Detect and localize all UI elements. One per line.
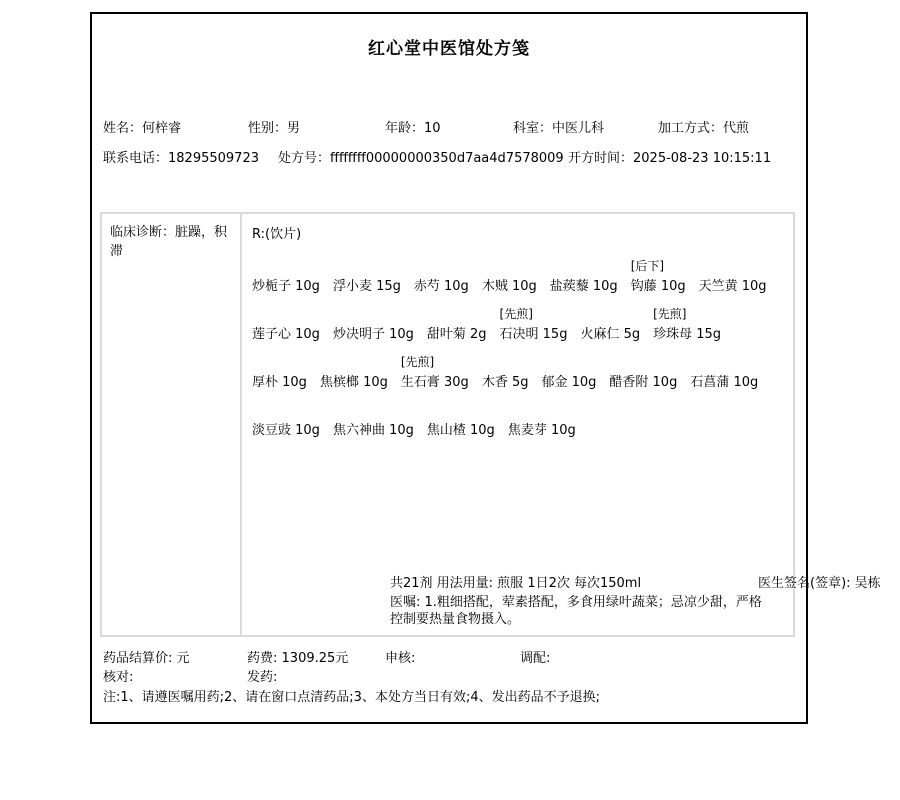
field-processing-method: 加工方式：代煎 — [658, 121, 749, 137]
field-label: 性别： — [248, 121, 287, 136]
medicine-item: [先煎]石决明 15g — [500, 326, 568, 343]
field-dispense-prepare: 调配: — [520, 651, 550, 667]
medicine-row: 炒栀子 10g浮小麦 15g赤芍 10g木贼 10g盐蒺藜 10g[后下]钩藤 … — [252, 247, 793, 295]
field-value: 2025-08-23 10:15:11 — [633, 151, 771, 166]
field-value: 何梓睿 — [142, 121, 181, 136]
clinical-diagnosis: 临床诊断：脏躁，积滞 — [102, 214, 242, 635]
medicine-item: 淡豆豉 10g — [252, 422, 320, 439]
doctor-signature: 医生签名(签章): 吴栋 — [758, 575, 881, 592]
field-label: 发药: — [247, 670, 277, 685]
field-label: 医生签名(签章): — [758, 576, 855, 591]
medicine-item: 炒栀子 10g — [252, 278, 320, 295]
field-medicine-fee: 药费: 1309.25元 — [247, 651, 348, 667]
medicine-row: 莲子心 10g炒决明子 10g甜叶菊 2g[先煎]石决明 15g火麻仁 5g[先… — [252, 295, 793, 343]
medicine-item: [先煎]珍珠母 15g — [653, 326, 721, 343]
field-value: 18295509723 — [168, 151, 259, 166]
medicine-item: 醋香附 10g — [609, 374, 677, 391]
medicine-item: 浮小麦 15g — [333, 278, 401, 295]
medicine-row: 淡豆豉 10g焦六神曲 10g焦山楂 10g焦麦芽 10g — [252, 391, 793, 439]
field-value: 中医儿科 — [552, 121, 604, 136]
medicine-item: 焦麦芽 10g — [508, 422, 576, 439]
page-title: 红心堂中医馆处方笺 — [92, 34, 806, 59]
rx-header: R:(饮片) — [252, 226, 793, 243]
field-label: 加工方式： — [658, 121, 723, 136]
medicine-item: 厚朴 10g — [252, 374, 307, 391]
footer-note: 注:1、请遵医嘱用药;2、请在窗口点清药品;3、本处方当日有效;4、发出药品不予… — [103, 690, 600, 706]
prescription-content: R:(饮片) 炒栀子 10g浮小麦 15g赤芍 10g木贼 10g盐蒺藜 10g… — [242, 214, 793, 635]
field-label: 姓名： — [103, 121, 142, 136]
medicine-item: 甜叶菊 2g — [427, 326, 487, 343]
field-value: ffffffff00000000350d7aa4d7578009 — [330, 151, 564, 166]
field-label: 调配: — [520, 651, 550, 666]
diagnosis-label: 临床诊断： — [110, 225, 175, 240]
field-label: 核对: — [103, 670, 133, 685]
field-phone: 联系电话：18295509723 — [103, 151, 259, 167]
field-dispense: 发药: — [247, 670, 277, 686]
field-label: 联系电话： — [103, 151, 168, 166]
field-issue-time: 开方时间：2025-08-23 10:15:11 — [568, 151, 771, 167]
medicine-item: 焦山楂 10g — [427, 422, 495, 439]
medicine-item: 炒决明子 10g — [333, 326, 414, 343]
field-value: 男 — [287, 121, 300, 136]
medicine-item: 盐蒺藜 10g — [550, 278, 618, 295]
field-label: 处方号： — [278, 151, 330, 166]
medicine-item: 焦槟榔 10g — [320, 374, 388, 391]
medicine-item: 木贼 10g — [482, 278, 537, 295]
medicine-item: 天竺黄 10g — [699, 278, 767, 295]
field-settlement-price: 药品结算价: 元 — [103, 651, 190, 667]
field-label: 药品结算价: — [103, 651, 172, 666]
field-label: 年龄： — [385, 121, 424, 136]
decoction-tag: [先煎] — [401, 356, 434, 369]
medicine-item: 火麻仁 5g — [580, 326, 640, 343]
field-department: 科室：中医儿科 — [513, 121, 604, 137]
field-label: 药费: — [247, 651, 277, 666]
medicine-item: 石菖蒲 10g — [690, 374, 758, 391]
medicine-item: [先煎]生石膏 30g — [401, 374, 469, 391]
remark-line: 控制要热量食物摄入。 — [390, 611, 768, 628]
medicine-item: 焦六神曲 10g — [333, 422, 414, 439]
field-value: 元 — [172, 651, 189, 666]
decoction-tag: [后下] — [631, 260, 664, 273]
decoction-tag: [先煎] — [500, 308, 533, 321]
field-check: 核对: — [103, 670, 133, 686]
medicine-item: [后下]钩藤 10g — [631, 278, 686, 295]
decoction-tag: [先煎] — [653, 308, 686, 321]
doctor-remark: 医嘱: 1.粗细搭配，荤素搭配，多食用绿叶蔬菜；忌凉少甜，严格 控制要热量食物摄… — [390, 594, 768, 628]
field-age: 年龄：10 — [385, 121, 441, 137]
prescription-sheet: 红心堂中医馆处方笺 姓名：何梓睿 性别：男 年龄：10 科室：中医儿科 加工方式… — [90, 12, 808, 724]
field-label: 申核: — [385, 651, 415, 666]
dosage-line: 共21剂 用法用量: 煎服 1日2次 每次150ml — [390, 576, 641, 591]
field-review: 申核: — [385, 651, 415, 667]
field-label: 开方时间： — [568, 151, 633, 166]
medicine-item: 莲子心 10g — [252, 326, 320, 343]
page: { "title": "红心堂中医馆处方笺", "patient": { "fi… — [0, 0, 900, 800]
medicine-row: 厚朴 10g焦槟榔 10g[先煎]生石膏 30g木香 5g郁金 10g醋香附 1… — [252, 343, 793, 391]
medicine-item: 郁金 10g — [541, 374, 596, 391]
doctor-name: 吴栋 — [855, 576, 881, 591]
field-value: 10 — [424, 121, 441, 136]
field-value: 1309.25元 — [277, 651, 348, 666]
remark-line: 医嘱: 1.粗细搭配，荤素搭配，多食用绿叶蔬菜；忌凉少甜，严格 — [390, 594, 768, 611]
prescription-footer: 共21剂 用法用量: 煎服 1日2次 每次150ml 医生签名(签章): 吴栋 … — [390, 575, 900, 628]
prescription-box: 临床诊断：脏躁，积滞 R:(饮片) 炒栀子 10g浮小麦 15g赤芍 10g木贼… — [100, 212, 795, 637]
field-patient-name: 姓名：何梓睿 — [103, 121, 181, 137]
medicine-item: 赤芍 10g — [414, 278, 469, 295]
field-label: 科室： — [513, 121, 552, 136]
field-gender: 性别：男 — [248, 121, 300, 137]
field-prescription-number: 处方号：ffffffff00000000350d7aa4d7578009 — [278, 151, 564, 167]
medicine-rows: 炒栀子 10g浮小麦 15g赤芍 10g木贼 10g盐蒺藜 10g[后下]钩藤 … — [252, 247, 793, 439]
field-value: 代煎 — [723, 121, 749, 136]
medicine-item: 木香 5g — [482, 374, 529, 391]
